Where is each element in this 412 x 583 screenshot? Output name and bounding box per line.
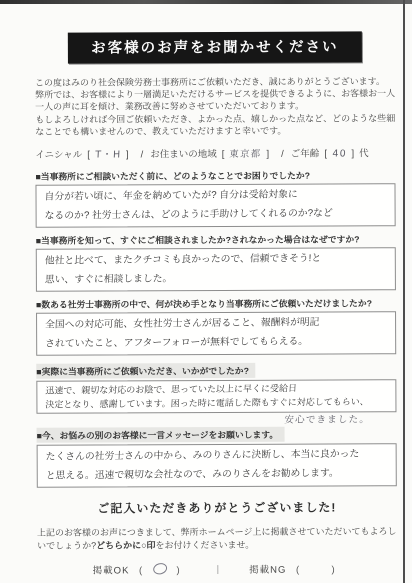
question-block-experience: ■実際に当事務所にご依頼いただき、いかがでしたか? 迅速で、親切な対応のお陰で、… [36,360,396,414]
publish-ng-option: 掲載NG ( ) [249,561,342,575]
paren: ( [139,565,143,576]
question-label: ■当事務所にご相談いただく前に、どのようなことでお困りでしたか? [35,168,395,183]
publish-ok-option: 掲載OK ( ) [93,562,187,576]
question-block-consulted-immediately: ■当事務所を知って、すぐにご相談されましたか?されなかった場合はなぜですか? 他… [36,232,396,292]
separator: / [281,149,284,160]
intro-paragraph: この度はみのり社会保険労務士事務所にご依頼いただき、誠にありがとうございます。 … [35,75,395,138]
question-label: ■実際に当事務所にご依頼いただき、いかがでしたか? [36,363,255,379]
question-block-message-to-others: ■今、お悩みの別のお客様に一言メッセージをお願いします。 たくさんの社労士さんの… [37,424,397,488]
age-value: 40 [332,148,347,159]
paren: ) [331,564,335,575]
handwritten-answer-line: 思い、すぐに相談しました。 [44,268,387,290]
publish-consent-row: 掲載OK ( ) | 掲載NG ( ) [37,561,397,577]
bracket: [ [87,150,90,161]
intro-line: もしよろしければ今回ご依頼いただき、よかった点、嬉しかった点など、どのような些細… [35,112,395,138]
thanks-message: ご記入いただきありがとうございました! [37,498,397,517]
permission-text-bold: どちらかに○印 [96,540,155,550]
form-title: お客様のお声をお聞かせください [68,31,362,63]
handwritten-answer-overflow: 安心できました。 [285,411,371,425]
question-label: ■数ある社労士事務所の中で、何が決め手となり当事務所にご依頼いただけましたか? [36,296,396,311]
age-unit: 代 [359,148,369,159]
paren: ( [296,565,300,576]
separator: / [141,149,144,160]
scanned-feedback-form: お客様のお声をお聞かせください この度はみのり社会保険労務士事務所にご依頼いただ… [35,31,397,577]
publish-permission-text: 上記のお客様のお声につきまして、弊所ホームページ上に掲載させていただいてもよろし… [37,525,397,552]
intro-line: 弊所では、お客様により一層満足いただけるサービスを提供できるように、お客様お一人… [35,87,395,113]
handwritten-answer-line: 決定となり、感謝しています。困った時に電話した際もすぐに対応してもらい、 [45,395,388,412]
scan-edge-right [403,0,405,583]
initials-label: イニシャル [35,150,82,161]
bracket: ] [126,149,129,160]
bracket: [ [222,149,225,160]
answer-box: 他社と比べて、またクチコミも良かったので、信頼できそう!と 思い、すぐに相談しま… [36,247,396,292]
question-block-before-consulting: ■当事務所にご相談いただく前に、どのようなことでお困りでしたか? 自分が若い頃に… [35,168,395,228]
bracket: [ [324,149,327,160]
publish-ng-label: 掲載NG [249,565,286,576]
permission-text-post: をお付けくださいませ。 [155,539,254,549]
answer-box: 全国への対応可能、女性社労士さんが居ること、報酬料が明記 されていたこと、アフタ… [36,311,396,356]
bracket: ] [266,149,269,160]
bracket: ] [351,148,354,159]
age-label: ご年齢 [291,149,320,160]
question-label: ■当事務所を知って、すぐにご相談されましたか?されなかった場合はなぜですか? [36,232,396,247]
handwritten-answer-line: なるのか? 社労士さんは、どのように手助けしてくれるのか?など [44,204,387,226]
handwritten-circle-icon [152,562,168,576]
region-value: 東京都 [229,146,262,160]
question-label: ■今、お悩みの別のお客様に一言メッセージをお願いします。 [37,427,285,443]
publish-ok-label: 掲載OK [93,565,130,576]
handwritten-answer-line: されていたこと、アフターフォローが無料でしてもらえる。 [45,332,388,354]
initials-value: T・H [95,146,122,160]
answer-box: 迅速で、親切な対応のお陰で、思っていた以上に早くに受給日 決定となり、感謝してい… [36,379,396,414]
answer-box: 自分が若い頃に、年金を納めていたが? 自分は受給対象に なるのか? 社労士さんは… [35,183,395,228]
paren: ) [176,565,180,576]
handwritten-answer-line: と思える。迅速で親切な会社なので、みのりさんをお勧めします。 [45,464,388,486]
scan-edge-top [0,0,412,4]
region-label: お住まいの地域 [150,149,217,160]
answer-box: たくさんの社労士さんの中から、みのりさんに決断し、本当に良かった と思える。迅速… [37,443,397,488]
question-block-deciding-factor: ■数ある社労士事務所の中で、何が決め手となり当事務所にご依頼いただけましたか? … [36,296,396,356]
divider: | [217,564,220,575]
profile-line: イニシャル[T・H]/お住まいの地域[東京都]/ご年齢[40]代 [35,145,395,161]
